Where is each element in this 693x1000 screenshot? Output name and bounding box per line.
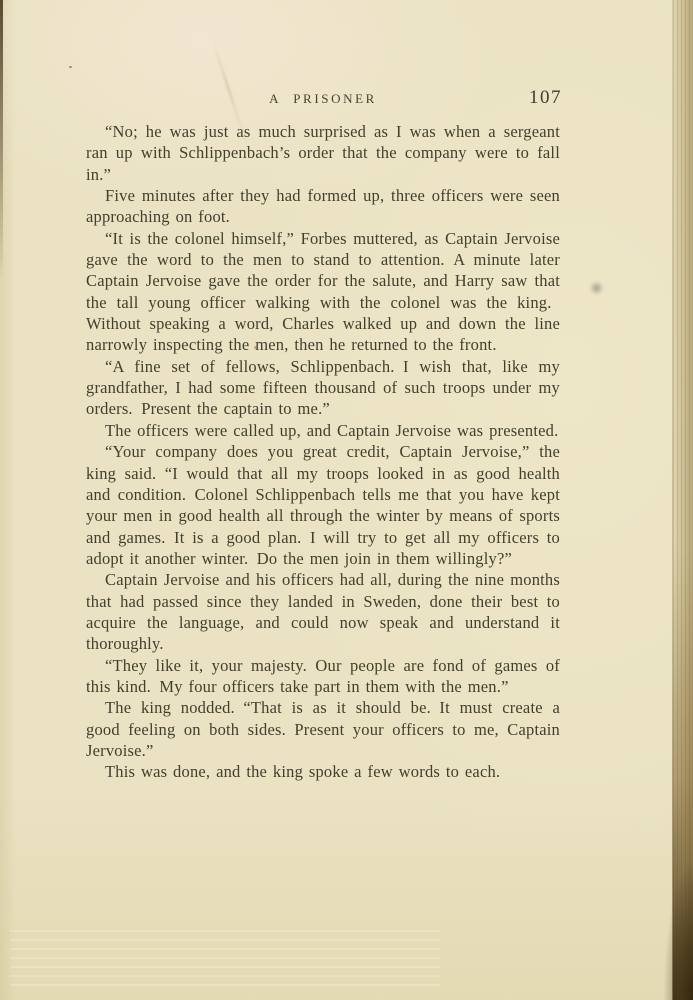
- left-scan-edge: [0, 0, 3, 280]
- page-header: A PRISONER 107: [86, 87, 560, 111]
- paragraph: Five minutes after they had formed up, t…: [86, 185, 560, 228]
- page-stack-edge: [673, 0, 693, 1000]
- book-page-scan: A PRISONER 107 “No; he was just as much …: [0, 0, 693, 1000]
- paragraph: “They like it, your majesty. Our people …: [86, 655, 560, 698]
- paragraph: Captain Jervoise and his officers had al…: [86, 569, 560, 654]
- page-number: 107: [529, 87, 562, 109]
- paragraph: The king nodded. “That is as it should b…: [86, 697, 560, 761]
- scan-streaks: [10, 930, 440, 992]
- paragraph: This was done, and the king spoke a few …: [86, 761, 560, 782]
- running-title: A PRISONER: [86, 91, 560, 107]
- ink-smudge: [589, 281, 604, 295]
- paper-speck: [254, 346, 258, 349]
- paragraph: The officers were called up, and Captain…: [86, 420, 560, 441]
- bottom-right-shadow: [663, 860, 693, 1000]
- paragraph: “Your company does you great credit, Cap…: [86, 441, 560, 569]
- page-body: “No; he was just as much surprised as I …: [86, 121, 560, 783]
- paragraph: “A fine set of fellows, Schlippenbach. I…: [86, 356, 560, 420]
- paragraph: “No; he was just as much surprised as I …: [86, 121, 560, 185]
- paper-speck: [69, 66, 72, 68]
- paragraph: “It is the colonel himself,” Forbes mutt…: [86, 228, 560, 356]
